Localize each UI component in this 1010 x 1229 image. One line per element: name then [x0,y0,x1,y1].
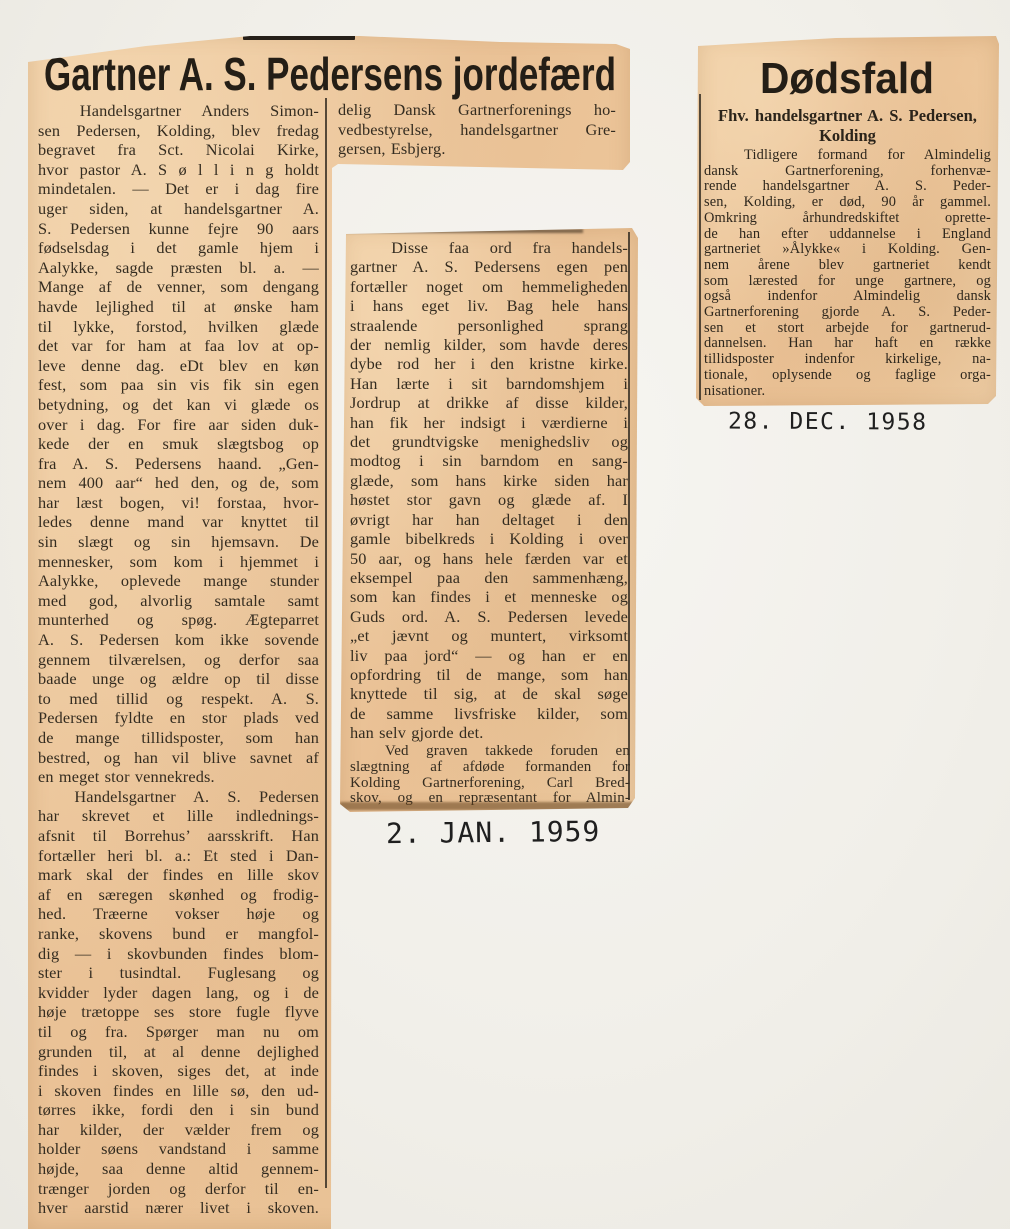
text-line: eksempel paa den sammenhæng, [350,568,628,587]
text-line: høstet stor gavn og glæde af. I [350,490,628,509]
text-line: knyttede til sig, at de skal søge [350,684,628,703]
text-line: gartneriet »Ålykke« i Kolding. Gen- [704,242,991,258]
text-line: holder søens vandstand i samme [38,1139,319,1159]
text-line: opfordring til de mange, som han [350,665,628,684]
text-line: Guds ord. A. S. Pedersen levede [350,607,628,626]
text-line: Jordrup at drikke af disse kilder, [350,393,628,412]
text-line: også indenfor Almindelig dansk [704,289,991,305]
text-line: Gartnerforening gjorde A. S. Peder- [704,305,991,321]
text-line: betydning, og det kan vi glæde os [38,395,319,415]
column-rule-right [628,232,630,800]
text-line: nisationer. [704,384,991,400]
text-line: delig Dansk Gartnerforenings ho- [338,100,616,120]
text-line: hver aarstid nærer livet i skoven. [38,1198,319,1218]
text-line: hed. Træerne vokser høje og [38,904,319,924]
subheadline-line2: Kolding [700,126,995,146]
text-line: det grundtvigske menighedsliv og [350,432,628,451]
text-line: tørres ikke, fordi den i sin bund [38,1100,319,1120]
text-line: gamle bibelkreds i Kolding i over [350,529,628,548]
clipping-doedsfald: Dødsfald Fhv. handelsgartner A. S. Peder… [696,36,999,408]
text-line: dannelsen. Han har haft en række [704,336,991,352]
text-line: højde, saa denne altid gennem- [38,1159,319,1179]
text-line: bestred, og han vil blive savnet af [38,748,319,768]
handwritten-date-jan-1959: 2. JAN. 1959 [386,815,601,850]
text-line: nem årene blev gartneriet kendt [704,258,991,274]
text-line: øvrigt har han deltaget i den [350,510,628,529]
text-line: gennem tilværelsen, og derfor saa [38,650,319,670]
text-line: sin slægt og sin hjemsavn. De [38,532,319,552]
text-line: en meget stor vennekreds. [38,767,319,787]
text-line: Disse faa ord fra handels- [350,238,628,257]
article-body-closing: Ved graven takkede foruden enslægtning a… [350,744,630,807]
text-line: han fik her indsigt i værdierne i [350,413,628,432]
decorative-rule-dash [243,35,355,40]
text-line: baade unge og ældre op til disse [38,669,319,689]
text-line: mindetalen. — Det er i dag fire [38,179,319,199]
text-line: sen Pedersen, Kolding, blev fredag [38,121,319,141]
text-line: nem 400 aar“ hed den, og de, som [38,473,319,493]
headline-doedsfald: Dødsfald [696,52,999,104]
text-line: mark skal der findes en lille skov [38,865,319,885]
article-body: Disse faa ord fra handels-gartner A. S. … [350,238,628,743]
text-line: rende handelsgartner A. S. Peder- [704,179,991,195]
text-line: havde lejlighed til at ønske ham [38,297,319,317]
text-line: Handelsgartner Anders Simon- [38,101,319,121]
text-line: høje trætoppe ses store fugle flyve [38,1002,319,1022]
text-line: tillidsposter indenfor kirkelige, na- [704,352,991,368]
text-line: leve denne dag. eDt blev en køn [38,356,319,376]
text-line: det var for ham at faa lov at op- [38,336,319,356]
text-line: Ved graven takkede foruden en [350,744,630,760]
text-line: slægtning af afdøde formanden for [350,760,630,776]
text-line: hvor pastor A. S ø l l i n g holdt [38,160,319,180]
text-line: Handelsgartner A. S. Pedersen [38,787,319,807]
text-line: som lærested for unge gartnere, og [704,274,991,290]
text-line: kvidder lyder dagen lang, og i de [38,983,319,1003]
scanned-scrapbook-page: Gartner A. S. Pedersens jordefærd Handel… [0,0,1010,1229]
text-line: uger siden, at handelsgartner A. [38,199,319,219]
subheadline-line1: Fhv. handelsgartner A. S. Pedersen, [700,106,995,126]
text-line: A. S. Pedersen kom ikke sovende [38,630,319,650]
text-line: over i dag. For fire aar siden duk- [38,415,319,435]
text-line: til og fra. Spørger man nu om [38,1022,319,1042]
text-line: tionale, oplysende og faglige orga- [704,368,991,384]
text-line: 50 aar, og hans hele færden var et [350,549,628,568]
text-line: to med tillid og respekt. A. S. [38,689,319,709]
text-line: Omkring århundredskiftet oprette- [704,211,991,227]
text-line: vedbestyrelse, handelsgartner Gre- [338,120,616,140]
text-line: S. Pedersen kunne fejre 90 aars [38,219,319,239]
text-line: i hans eget liv. Bag hele hans [350,296,628,315]
text-line: han selv gjorde det. [350,723,628,742]
text-line: med god, alvorlig samtale samt [38,591,319,611]
headline-jordefaerd: Gartner A. S. Pedersens jordefærd [42,47,622,101]
text-line: Aalykke, sagde præsten bl. a. — [38,258,319,278]
text-line: de han efter uddannelse i England [704,227,991,243]
text-line: modtog i sin barndom en sang- [350,451,628,470]
headline-text: Gartner A. S. Pedersens jordefærd [44,48,616,100]
text-line: kede der en smuk slægtsbog op [38,434,319,454]
text-line: i skoven findes en lille sø, den ud- [38,1081,319,1101]
text-line: dybe rod her i den kristne kirke. [350,354,628,373]
text-line: grunden til, at al denne dejlighed [38,1042,319,1062]
text-line: gartner A. S. Pedersens egen pen [350,257,628,276]
article-body: Tidligere formand for Almindeligdansk Ga… [704,148,991,399]
text-line: liv paa jord“ — og han er en [350,646,628,665]
text-line: mennesker, som kom i hjemmet i [38,552,319,572]
text-line: af en særegen skønhed og frodig- [38,885,319,905]
text-line: fortæller heri bl. a.: Et sted i Dan- [38,846,319,866]
text-line: ranke, skovens bund er mangfol- [38,924,319,944]
text-line: Han lærte i sit barndomshjem i [350,374,628,393]
text-line: som kan findes i et menneske og [350,587,628,606]
text-line: Tidligere formand for Almindelig [704,148,991,164]
text-line: ledes denne mand var knyttet til [38,512,319,532]
text-line: afsnit til Borrehus’ aarsskrift. Han [38,826,319,846]
column-rule [325,98,327,1188]
article-column-2-fragment: delig Dansk Gartnerforenings ho-vedbesty… [338,100,616,159]
text-line: de mange tillidsposter, som han [38,728,319,748]
text-line: Pedersen fyldte en stor plads ved [38,708,319,728]
text-line: begravet fra Sct. Nicolai Kirke, [38,140,319,160]
text-line: straalende personlighed sprang [350,316,628,335]
text-line: Aalykke, oplevede mange stunder [38,571,319,591]
text-line: findes i skoven, siges det, at inde [38,1061,319,1081]
text-line: „et jævnt og muntert, virksomt [350,626,628,645]
text-line: gersen, Esbjerg. [338,139,616,159]
text-line: ster i tusindtal. Fuglesang og [38,963,319,983]
text-line: Mange af de venner, som dengang [38,277,319,297]
text-line: der nemlig kilder, som havde deres [350,335,628,354]
clipping-disse-faa-ord: Disse faa ord fra handels-gartner A. S. … [340,228,638,814]
text-line: fødselsdag i det gamle hjem i [38,238,319,258]
text-line: dansk Gartnerforening, forhenvæ- [704,164,991,180]
text-line: har skrevet et lille indlednings- [38,806,319,826]
text-line: de samme livsfriske kilder, som [350,704,628,723]
text-line: Kolding Gartnerforening, Carl Bred- [350,776,630,792]
text-line: fest, som paa sin vis fik sin egen [38,375,319,395]
text-line: fra A. S. Pedersens haand. „Gen- [38,454,319,474]
text-line: trænger jorden og derfor til en- [38,1179,319,1199]
text-line: munterhed og spøg. Ægteparret [38,610,319,630]
text-line: dig — i skovbunden findes blom- [38,944,319,964]
handwritten-date-dec-1958: 28. DEC. 1958 [728,408,928,435]
text-line: glæde, som hans kirke siden har [350,471,628,490]
article-column-1: Handelsgartner Anders Simon-sen Pedersen… [38,101,319,1218]
headline-text: Dødsfald [760,54,934,103]
text-line: sen et stort arbejde for gartnerud- [704,321,991,337]
torn-edge-smudge-top [345,229,583,233]
text-line: sen, Kolding, er død, 90 år gammel. [704,195,991,211]
text-line: har læst bogen, vi! forstaa, hvor- [38,493,319,513]
text-line: fortæller noget om hemmeligheden [350,277,628,296]
torn-edge-smudge-bottom [340,802,635,810]
text-line: har kilder, der vælder frem og [38,1120,319,1140]
text-line: til lykke, forstod, hvilken glæde [38,317,319,337]
